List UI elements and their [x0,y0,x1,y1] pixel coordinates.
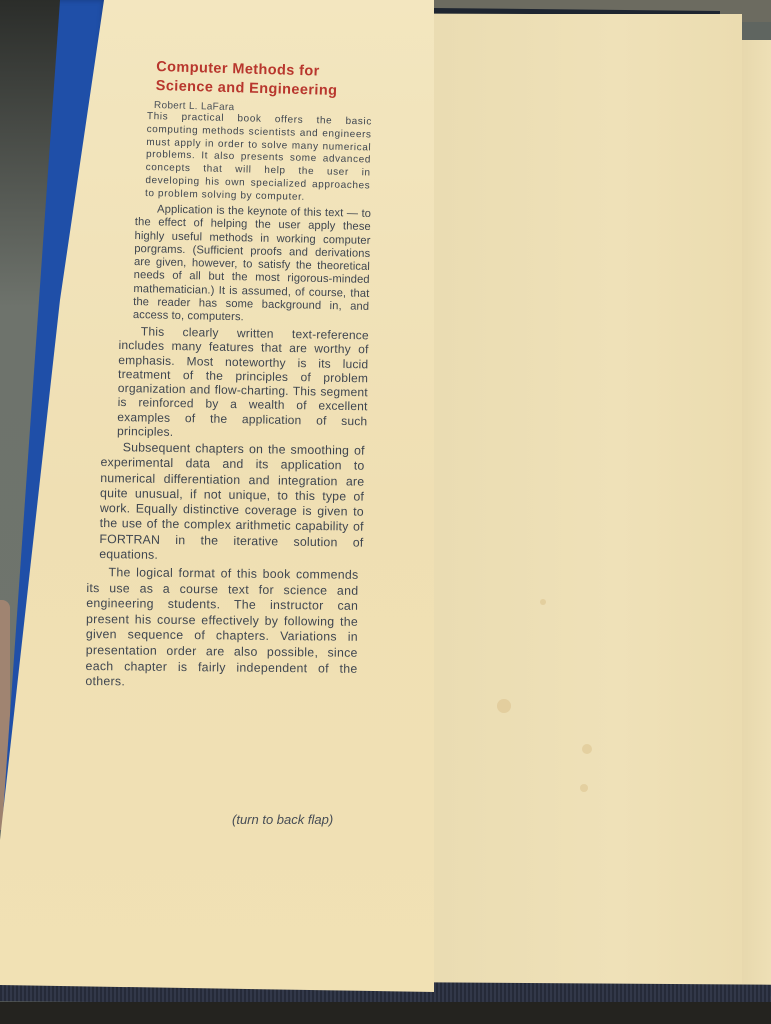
book-title: Computer Methods for Science and Enginee… [155,58,376,102]
background-bottom [0,1002,771,1024]
flap-text: Computer Methods for Science and Enginee… [86,58,376,690]
paragraph-3: This clearly written text-reference incl… [117,324,369,443]
paragraph-4: Subsequent chapters on the smoothing of … [99,440,365,566]
paragraph-2: Application is the keynote of this text … [133,203,371,328]
endpaper-page [432,14,742,999]
paragraph-1: This practical book offers the basic com… [145,111,372,206]
continuation-note: (turn to back flap) [232,812,333,827]
paragraph-5: The logical format of this book commends… [85,565,358,693]
